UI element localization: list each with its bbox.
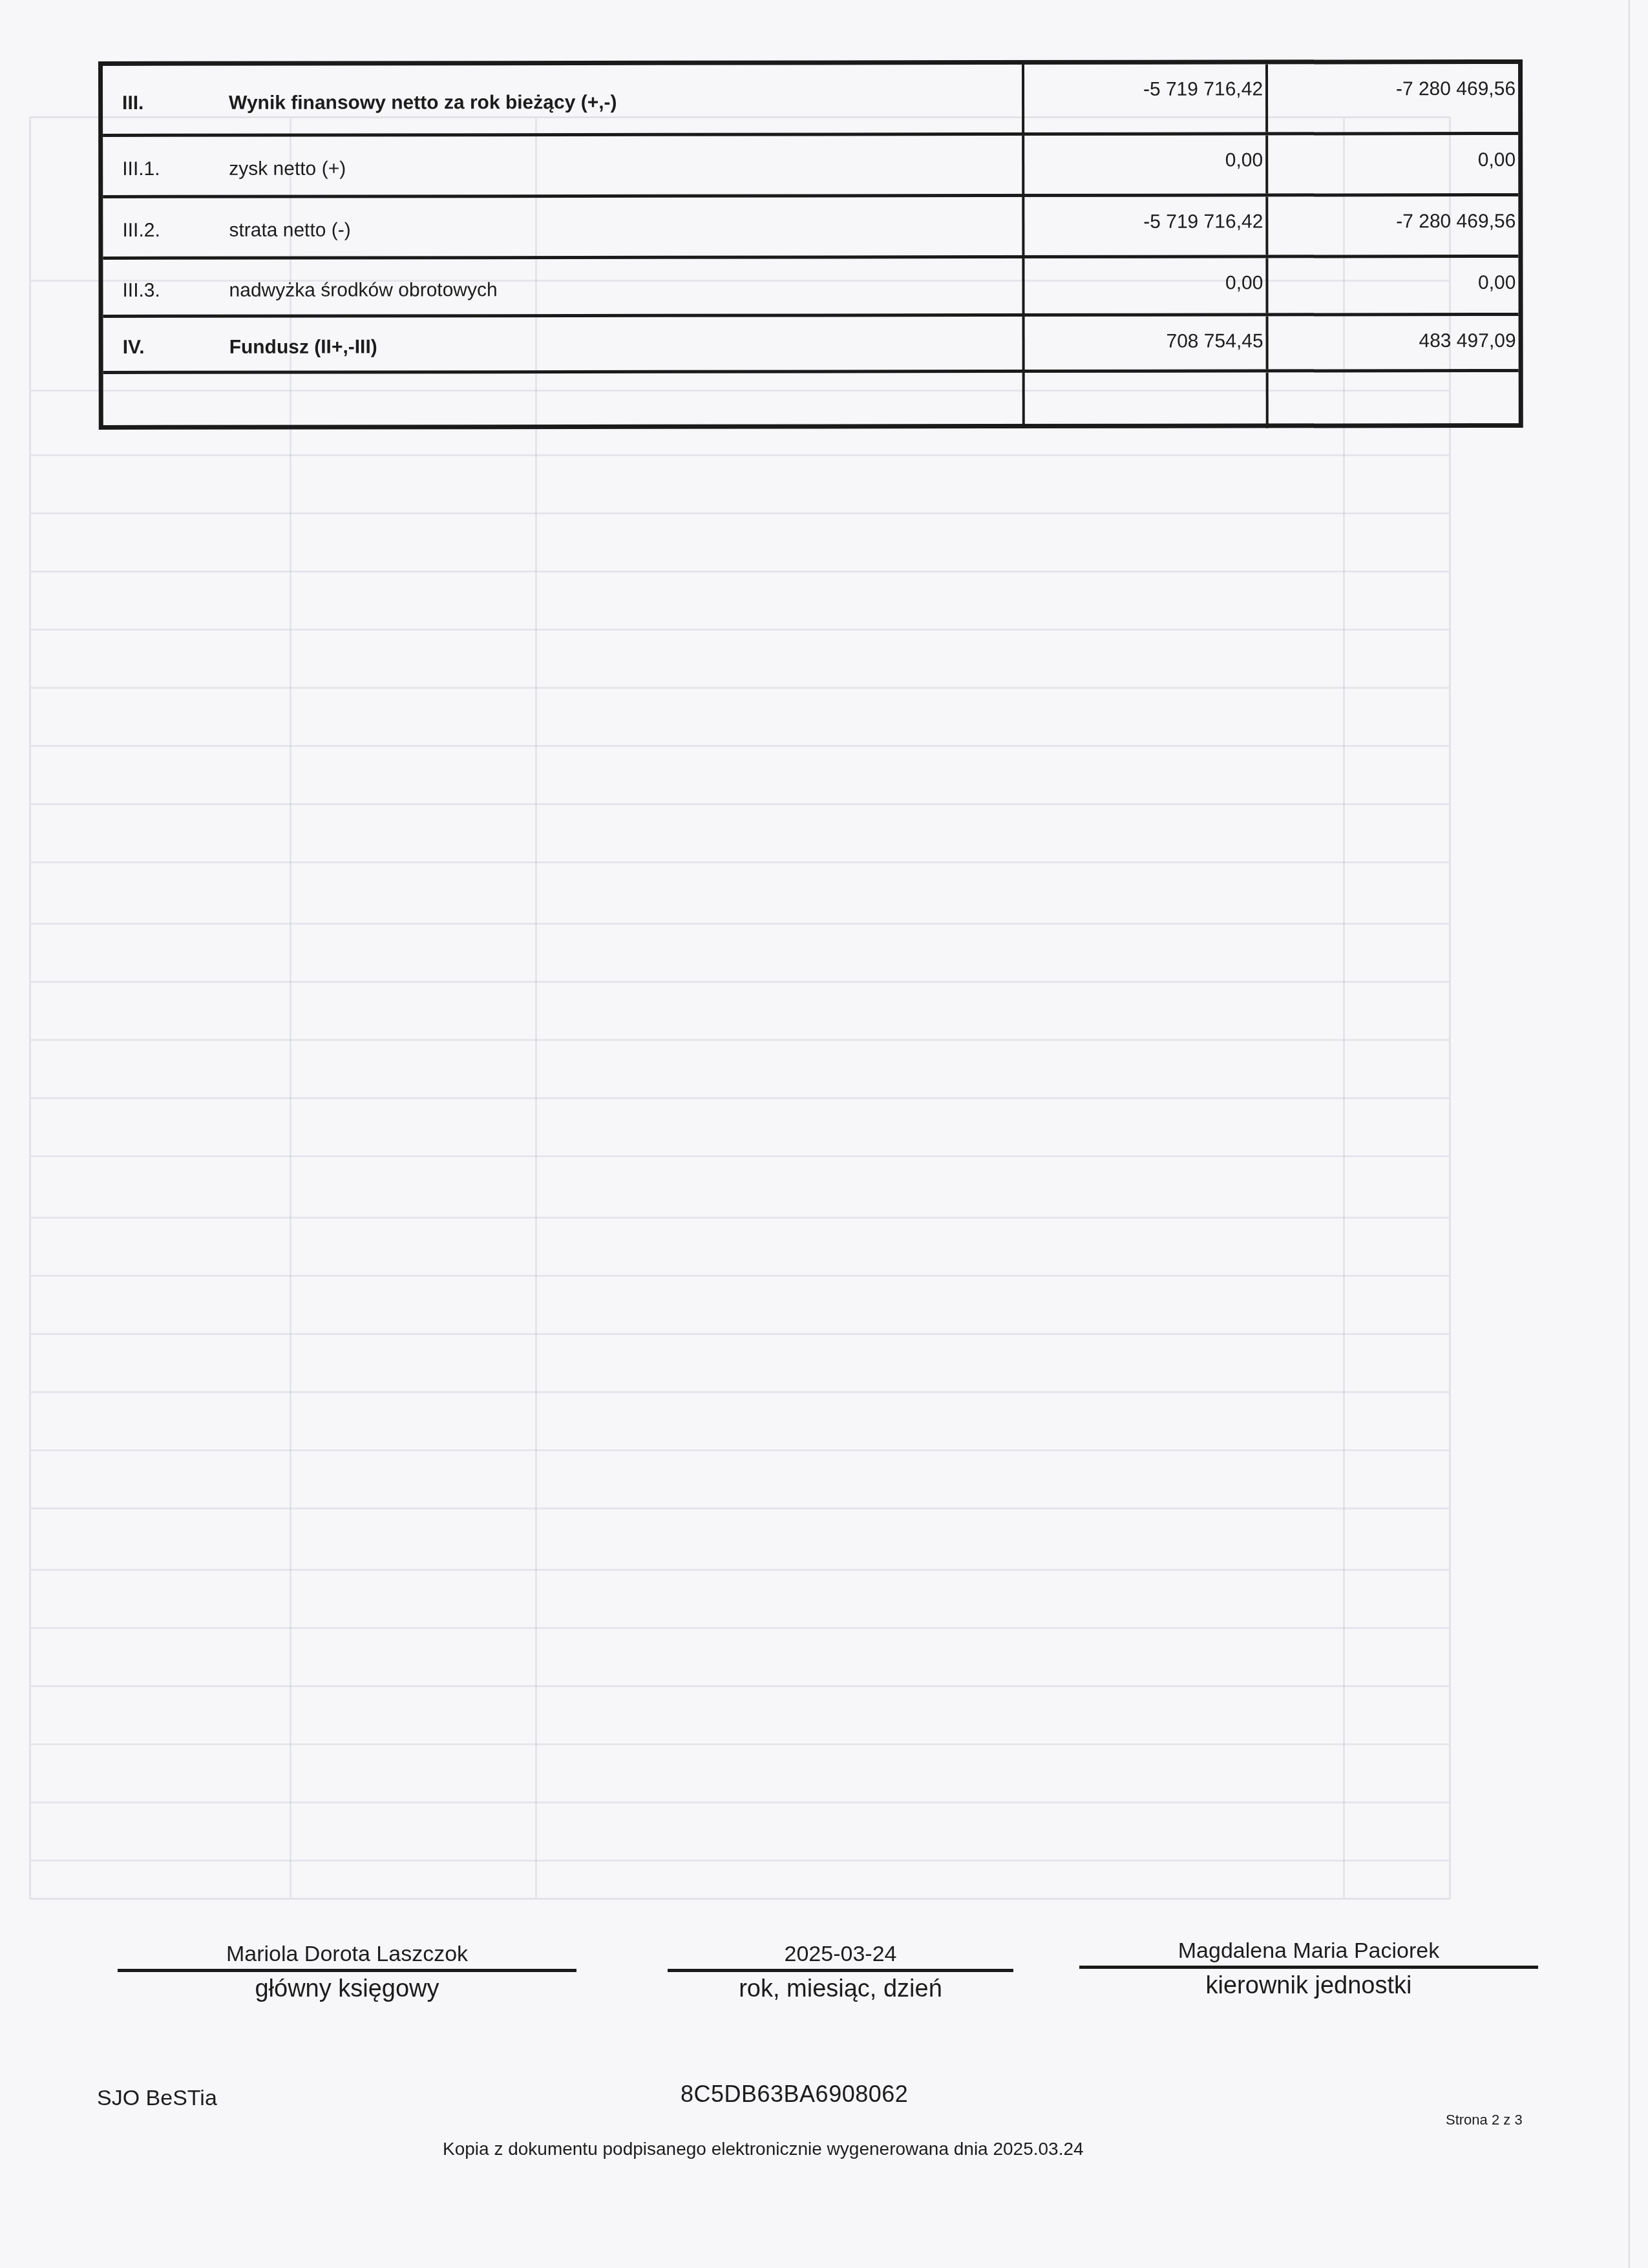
- head-role: kierownik jednostki: [1079, 1971, 1538, 2000]
- current-year-value: 0,00: [1478, 149, 1516, 171]
- signature-accountant: Mariola Dorota Laszczok główny księgowy: [118, 1940, 576, 2003]
- row-label: zysk netto (+): [229, 158, 346, 180]
- row-label: nadwyżka środków obrotowych: [229, 279, 497, 302]
- row-number: III.3.: [122, 279, 160, 301]
- signature-head: Magdalena Maria Paciorek kierownik jedno…: [1079, 1937, 1538, 2000]
- row-label: strata netto (-): [229, 220, 350, 242]
- table-row-empty: [103, 372, 1519, 430]
- signature-line: [1079, 1966, 1538, 1969]
- electronic-copy-note: Kopia z dokumentu podpisanego elektronic…: [443, 2139, 1084, 2159]
- signature-line: [668, 1969, 1013, 1972]
- row-number: III.1.: [122, 158, 160, 180]
- current-year-value: -7 280 469,56: [1396, 78, 1516, 100]
- table-row: III.3. nadwyżka środków obrotowych 0,00 …: [103, 258, 1518, 318]
- signature-line: [118, 1969, 576, 1972]
- previous-year-value: 0,00: [1225, 149, 1263, 171]
- previous-year-value: 0,00: [1225, 272, 1263, 294]
- fund-changes-table: III. Wynik finansowy netto za rok bieżąc…: [98, 59, 1523, 430]
- row-label: Fundusz (II+,-III): [229, 336, 377, 358]
- head-name: Magdalena Maria Paciorek: [1079, 1937, 1538, 1964]
- row-label: Wynik finansowy netto za rok bieżący (+,…: [229, 91, 617, 114]
- previous-year-value: -5 719 716,42: [1143, 211, 1263, 233]
- document-hash: 8C5DB63BA6908062: [681, 2081, 908, 2108]
- scan-edge: [1629, 0, 1630, 2268]
- footer-system-name: SJO BeSTia: [97, 2086, 217, 2111]
- previous-year-value: -5 719 716,42: [1143, 78, 1263, 100]
- current-year-value: 483 497,09: [1419, 330, 1516, 352]
- row-number: IV.: [123, 337, 145, 359]
- signature-date-value: 2025-03-24: [668, 1940, 1013, 1968]
- current-year-value: 0,00: [1478, 272, 1516, 294]
- previous-year-value: 708 754,45: [1166, 330, 1263, 352]
- signature-date: 2025-03-24 rok, miesiąc, dzień: [668, 1940, 1013, 2003]
- signature-date-caption: rok, miesiąc, dzień: [668, 1975, 1013, 2003]
- accountant-name: Mariola Dorota Laszczok: [118, 1940, 576, 1968]
- table-row: III.2. strata netto (-) -5 719 716,42 -7…: [103, 196, 1518, 260]
- table-row: III. Wynik finansowy netto za rok bieżąc…: [103, 64, 1518, 137]
- accountant-role: główny księgowy: [118, 1975, 576, 2003]
- table-row: III.1. zysk netto (+) 0,00 0,00: [103, 135, 1518, 198]
- row-number: III.: [122, 92, 143, 114]
- table-row: IV. Fundusz (II+,-III) 708 754,45 483 49…: [103, 316, 1519, 374]
- current-year-value: -7 280 469,56: [1396, 211, 1516, 233]
- row-number: III.2.: [122, 220, 160, 242]
- page-number: Strona 2 z 3: [1446, 2112, 1523, 2128]
